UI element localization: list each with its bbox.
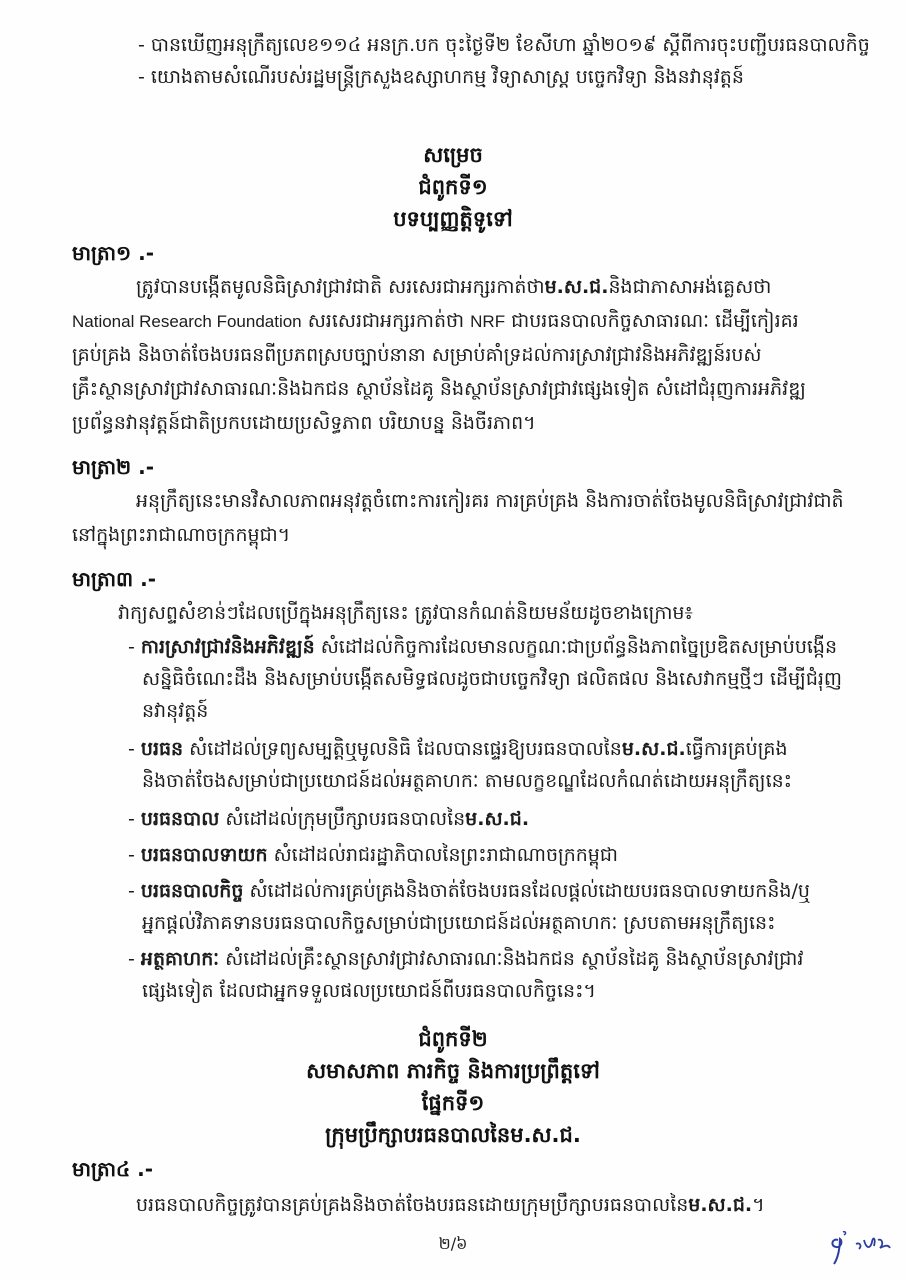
bullet-dash: -	[128, 880, 141, 902]
text-span: ធ្វើការគ្រប់គ្រង	[686, 738, 788, 760]
chapter-2-title: សមាសភាព ភារកិច្ច និងការប្រព្រឹត្តទៅ	[0, 1056, 906, 1086]
definition-research-development-line-3: នវានុវត្តន៍	[142, 696, 208, 726]
definition-beneficiary: - អត្ថគាហកៈ សំដៅដល់គ្រឹះស្ថានស្រាវជ្រាវស…	[128, 944, 803, 974]
definition-term: បរធនបាលកិច្ច	[141, 880, 244, 902]
text-span: បរធនបាលកិច្ចត្រូវបានគ្រប់គ្រងនិងចាត់ចែងប…	[136, 1194, 688, 1216]
article-1-line-2: National Research Foundation សរសេរជាអក្ស…	[72, 306, 799, 337]
definition-term: បរធនបាល	[141, 808, 219, 830]
bullet-dash: -	[128, 844, 141, 866]
preamble-line-1: - បានឃើញអនុក្រឹត្យលេខ១១៤ អនក្រ.បក ចុះថ្ង…	[138, 30, 870, 60]
definition-text: សំដៅដល់ទ្រព្យសម្បត្តិឬមូលនិធិ ដែលបានផ្ទេ…	[183, 738, 787, 760]
definition-trust-fund-line-2: និងចាត់ចែងសម្រាប់ជាប្រយោជន៍ដល់អត្ថគាហកៈ …	[142, 766, 792, 796]
chapter-1-number: ជំពូកទី១	[0, 172, 906, 202]
article-4-label: មាត្រា៤ .-	[72, 1154, 153, 1184]
document-page: - បានឃើញអនុក្រឹត្យលេខ១១៤ អនក្រ.បក ចុះថ្ង…	[0, 0, 906, 1280]
definition-text: សំដៅដល់ការគ្រប់គ្រងនិងចាត់ចែងបរធនដែលផ្តល…	[243, 880, 809, 902]
chapter-1-title: បទប្បញ្ញត្តិទូទៅ	[0, 204, 906, 234]
text-span: ត្រូវបានបង្កើតមូលនិធិស្រាវជ្រាវជាតិ សរសេ…	[136, 276, 545, 298]
part-1-title: ក្រុមប្រឹក្សាបរធនបាលនៃម.ស.ជ.	[0, 1120, 906, 1150]
article-4-text: បរធនបាលកិច្ចត្រូវបានគ្រប់គ្រងនិងចាត់ចែងប…	[136, 1190, 765, 1220]
bullet-dash: -	[128, 738, 141, 760]
article-1-line-4: គ្រឹះស្ថានស្រាវជ្រាវសាធារណៈនិងឯកជន ស្ថាប…	[72, 374, 806, 404]
page-number: ២/៦	[0, 1233, 906, 1257]
article-2-line-2: នៅក្នុងព្រះរាជាណាចក្រកម្ពុជា។	[72, 520, 290, 550]
definition-trust-fund: - បរធន សំដៅដល់ទ្រព្យសម្បត្តិឬមូលនិធិ ដែល…	[128, 734, 788, 764]
definition-research-development-line-2: សន្និធិចំណេះដឹង និងសម្រាប់បង្កើតសមិទ្ធផល…	[142, 664, 842, 694]
text-span: ជាបរធនបាលកិច្ចសាធារណៈ ដើម្បីកៀរគរ	[505, 310, 799, 332]
article-1-line-3: គ្រប់គ្រង និងចាត់ចែងបរធនពីប្រភពស្របច្បាប…	[72, 340, 762, 370]
definition-text: សំដៅដល់កិច្ចការដែលមានលក្ខណៈជាប្រព័ន្ធនិង…	[315, 636, 837, 658]
definition-text: សំដៅដល់ក្រុមប្រឹក្សាបរធនបាលនៃម.ស.ជ.	[219, 808, 529, 830]
text-span: និងជាភាសាអង់គ្លេសថា	[608, 276, 771, 298]
text-span: សំដៅដល់ទ្រព្យសម្បត្តិឬមូលនិធិ ដែលបានផ្ទេ…	[183, 738, 622, 760]
definition-term: អត្ថគាហកៈ	[141, 948, 219, 970]
abbrev-bold: ម.ស.ជ.	[545, 276, 609, 298]
definition-text: សំដៅដល់គ្រឹះស្ថានស្រាវជ្រាវសាធារណៈនិងឯកជ…	[219, 948, 803, 970]
definition-text: សំដៅដល់រាជរដ្ឋាភិបាលនៃព្រះរាជាណាចក្រកម្ព…	[268, 844, 618, 866]
abbrev-bold: ម.ស.ជ.	[465, 808, 529, 830]
article-1-line-5: ប្រព័ន្ធនវានុវត្តន៍ជាតិប្រកបដោយប្រសិទ្ធភ…	[72, 408, 536, 438]
bullet-dash: -	[128, 808, 141, 830]
definition-term: បរធន	[141, 738, 183, 760]
bullet-dash: -	[128, 636, 141, 658]
english-name: National Research Foundation	[72, 312, 302, 331]
definition-research-development: - ការស្រាវជ្រាវនិងអភិវឌ្ឍន៍ សំដៅដល់កិច្ច…	[128, 632, 837, 662]
definition-beneficiary-line-2: ផ្សេងទៀត ដែលជាអ្នកទទួលផលប្រយោជន៍ពីបរធនបា…	[142, 976, 596, 1006]
text-span: សរសេរជាអក្សរកាត់ថា	[302, 310, 471, 332]
article-3-intro: វាក្យសព្ទសំខាន់ៗដែលប្រើក្នុងអនុក្រឹត្យនេ…	[118, 598, 693, 628]
part-1-number: ផ្នែកទី១	[0, 1088, 906, 1118]
abbrev-bold: ម.ស.ជ.	[688, 1194, 752, 1216]
abbrev-bold: ម.ស.ជ.	[622, 738, 686, 760]
handwritten-initials	[826, 1226, 896, 1266]
definition-trustee: - បរធនបាល សំដៅដល់ក្រុមប្រឹក្សាបរធនបាលនៃម…	[128, 804, 529, 834]
definition-trusteeship: - បរធនបាលកិច្ច សំដៅដល់ការគ្រប់គ្រងនិងចាត…	[128, 876, 810, 906]
article-1-label: មាត្រា១ .-	[72, 238, 154, 268]
chapter-2-number: ជំពូកទី២	[0, 1024, 906, 1054]
bullet-dash: -	[128, 948, 141, 970]
definition-settlor: - បរធនបាលទាយក សំដៅដល់រាជរដ្ឋាភិបាលនៃព្រះ…	[128, 840, 618, 870]
text-span: ។	[752, 1194, 765, 1216]
decision-heading: សម្រេច	[0, 140, 906, 170]
article-2-label: មាត្រា២ .-	[72, 452, 154, 482]
definition-term: ការស្រាវជ្រាវនិងអភិវឌ្ឍន៍	[141, 636, 315, 658]
english-abbrev: NRF	[470, 312, 505, 331]
definition-trusteeship-line-2: អ្នកផ្តល់វិភាគទានបរធនបាលកិច្ចសម្រាប់ជាប្…	[142, 908, 775, 938]
preamble-line-2: - យោងតាមសំណើរបស់រដ្ឋមន្ត្រីក្រសួងឧស្សាហក…	[138, 62, 744, 92]
article-3-label: មាត្រា៣ .-	[72, 564, 156, 594]
definition-term: បរធនបាលទាយក	[141, 844, 268, 866]
article-1-line-1: ត្រូវបានបង្កើតមូលនិធិស្រាវជ្រាវជាតិ សរសេ…	[136, 272, 771, 302]
text-span: សំដៅដល់ក្រុមប្រឹក្សាបរធនបាលនៃ	[219, 808, 465, 830]
article-2-line-1: អនុក្រឹត្យនេះមានវិសាលភាពអនុវត្តចំពោះការក…	[136, 486, 844, 516]
